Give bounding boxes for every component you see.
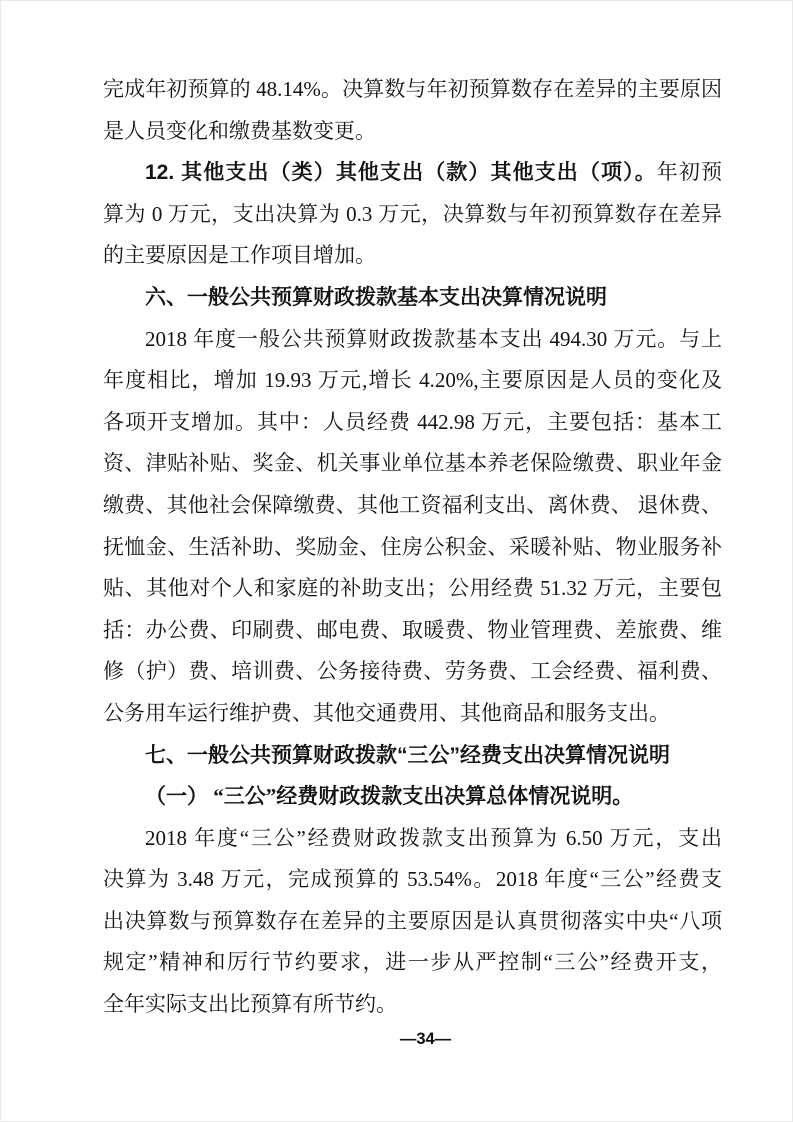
body-text: 各项开支增加。其中：人员经费 442.98 万元，主要包括：基本工 xyxy=(103,410,722,434)
body-text: 2018 年度“三公”经费财政拨款支出预算为 6.50 万元，支出 xyxy=(145,826,722,850)
body-text: 年度相比，增加 19.93 万元,增长 4.20%,主要原因是人员的变化及 xyxy=(103,368,722,392)
body-text: 年初预 xyxy=(657,160,722,184)
heading-section-6: 六、一般公共预算财政拨款基本支出决算情况说明 xyxy=(103,277,722,319)
paragraph-section-7-1-body: 2018 年度“三公”经费财政拨款支出预算为 6.50 万元，支出决算为 3.4… xyxy=(103,818,722,1026)
text-line: 规定”精神和厉行节约要求，进一步从严控制“三公”经费开支， xyxy=(103,942,722,984)
text-line: 括：办公费、印刷费、邮电费、取暖费、物业管理费、差旅费、维 xyxy=(103,610,722,652)
body-text: 全年实际支出比预算有所节约。 xyxy=(103,992,397,1016)
body-text: 括：办公费、印刷费、邮电费、取暖费、物业管理费、差旅费、维 xyxy=(103,618,722,642)
paragraph-item-12: 12. 其他支出（类）其他支出（款）其他支出（项）。年初预算为 0 万元，支出决… xyxy=(103,152,722,277)
body-text: 2018 年度一般公共预算财政拨款基本支出 494.30 万元。与上 xyxy=(145,327,722,351)
body-text: 资、津贴补贴、奖金、机关事业单位基本养老保险缴费、职业年金 xyxy=(103,451,722,475)
text-line: 资、津贴补贴、奖金、机关事业单位基本养老保险缴费、职业年金 xyxy=(103,443,722,485)
document-body: 完成年初预算的 48.14%。决算数与年初预算数存在差异的主要原因是人员变化和缴… xyxy=(103,69,722,1026)
body-text: 抚恤金、生活补助、奖励金、住房公积金、采暖补贴、物业服务补 xyxy=(103,535,722,559)
body-text: 决算为 3.48 万元，完成预算的 53.54%。2018 年度“三公”经费支 xyxy=(103,867,722,891)
document-page: 完成年初预算的 48.14%。决算数与年初预算数存在差异的主要原因是人员变化和缴… xyxy=(0,0,793,1122)
paragraph-section-6-body: 2018 年度一般公共预算财政拨款基本支出 494.30 万元。与上年度相比，增… xyxy=(103,319,722,735)
page-number: —34— xyxy=(29,1029,793,1049)
body-text: 规定”精神和厉行节约要求，进一步从严控制“三公”经费开支， xyxy=(103,950,722,974)
text-line: 完成年初预算的 48.14%。决算数与年初预算数存在差异的主要原因 xyxy=(103,69,722,111)
heading-text: 七、一般公共预算财政拨款“三公”经费支出决算情况说明 xyxy=(145,744,670,767)
text-line: 抚恤金、生活补助、奖励金、住房公积金、采暖补贴、物业服务补 xyxy=(103,527,722,569)
heading-text: 12. 其他支出（类）其他支出（款）其他支出（项）。 xyxy=(145,161,657,184)
text-line: 各项开支增加。其中：人员经费 442.98 万元，主要包括：基本工 xyxy=(103,402,722,444)
body-text: 修（护）费、培训费、公务接待费、劳务费、工会经费、福利费、 xyxy=(103,659,722,683)
body-text: 算为 0 万元，支出决算为 0.3 万元，决算数与年初预算数存在差异 xyxy=(103,202,722,226)
heading-section-7: 七、一般公共预算财政拨款“三公”经费支出决算情况说明 xyxy=(103,735,722,777)
text-line: （一） “三公”经费财政拨款支出决算总体情况说明。 xyxy=(103,776,722,818)
text-line: 的主要原因是工作项目增加。 xyxy=(103,235,722,277)
text-line: 缴费、其他社会保障缴费、其他工资福利支出、离休费、 退休费、 xyxy=(103,485,722,527)
text-line: 年度相比，增加 19.93 万元,增长 4.20%,主要原因是人员的变化及 xyxy=(103,360,722,402)
text-line: 2018 年度“三公”经费财政拨款支出预算为 6.50 万元，支出 xyxy=(103,818,722,860)
text-line: 贴、其他对个人和家庭的补助支出；公用经费 51.32 万元，主要包 xyxy=(103,568,722,610)
body-text: 的主要原因是工作项目增加。 xyxy=(103,243,376,267)
text-line: 出决算数与预算数存在差异的主要原因是认真贯彻落实中央“八项 xyxy=(103,901,722,943)
body-text: 公务用车运行维护费、其他交通费用、其他商品和服务支出。 xyxy=(103,701,670,725)
text-line: 2018 年度一般公共预算财政拨款基本支出 494.30 万元。与上 xyxy=(103,319,722,361)
body-text: 是人员变化和缴费基数变更。 xyxy=(103,119,376,143)
text-line: 七、一般公共预算财政拨款“三公”经费支出决算情况说明 xyxy=(103,735,722,777)
body-text: 贴、其他对个人和家庭的补助支出；公用经费 51.32 万元，主要包 xyxy=(103,576,722,600)
paragraph-continuation: 完成年初预算的 48.14%。决算数与年初预算数存在差异的主要原因是人员变化和缴… xyxy=(103,69,722,152)
heading-section-7-sub-1: （一） “三公”经费财政拨款支出决算总体情况说明。 xyxy=(103,776,722,818)
text-line: 公务用车运行维护费、其他交通费用、其他商品和服务支出。 xyxy=(103,693,722,735)
heading-text: （一） “三公”经费财政拨款支出决算总体情况说明。 xyxy=(145,784,633,808)
text-line: 修（护）费、培训费、公务接待费、劳务费、工会经费、福利费、 xyxy=(103,651,722,693)
text-line: 决算为 3.48 万元，完成预算的 53.54%。2018 年度“三公”经费支 xyxy=(103,859,722,901)
body-text: 出决算数与预算数存在差异的主要原因是认真贯彻落实中央“八项 xyxy=(103,909,722,933)
text-line: 六、一般公共预算财政拨款基本支出决算情况说明 xyxy=(103,277,722,319)
text-line: 全年实际支出比预算有所节约。 xyxy=(103,984,722,1026)
text-line: 是人员变化和缴费基数变更。 xyxy=(103,111,722,153)
text-line: 算为 0 万元，支出决算为 0.3 万元，决算数与年初预算数存在差异 xyxy=(103,194,722,236)
heading-text: 六、一般公共预算财政拨款基本支出决算情况说明 xyxy=(145,286,607,309)
body-text: 缴费、其他社会保障缴费、其他工资福利支出、离休费、 退休费、 xyxy=(103,493,722,517)
text-line: 12. 其他支出（类）其他支出（款）其他支出（项）。年初预 xyxy=(103,152,722,194)
body-text: 完成年初预算的 48.14%。决算数与年初预算数存在差异的主要原因 xyxy=(103,77,722,101)
